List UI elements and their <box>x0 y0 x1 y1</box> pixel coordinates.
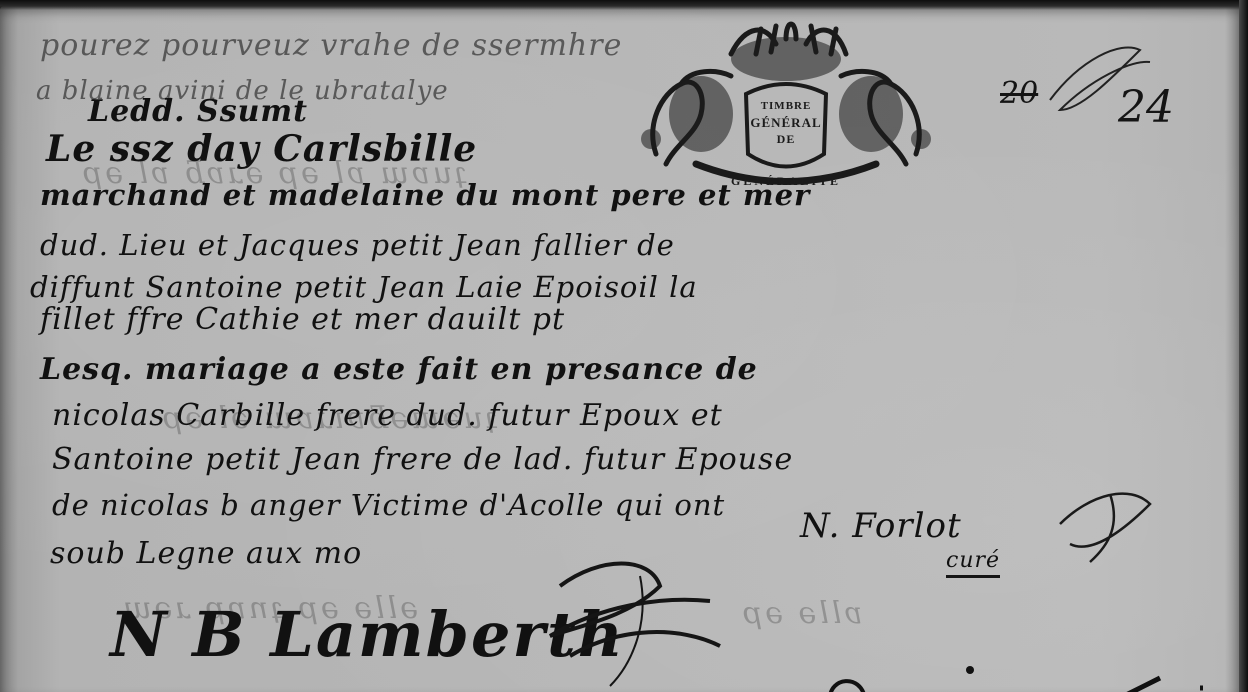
text-line-6: fillet ffre Cathie et mer dauilt pt <box>40 302 565 337</box>
text-line-11: soub Legne aux mo <box>50 536 362 571</box>
faint-header-line-1: pourez pourveuz vrahe de ssermhre <box>40 28 622 63</box>
text-line-9: Santoine petit Jean frere de lad. futur … <box>52 442 793 477</box>
folio-number: 24 <box>1118 82 1174 133</box>
cut-off-strokes-icon <box>820 658 1220 692</box>
scan-border-top <box>0 0 1248 10</box>
text-line-3: marchand et madelaine du mont pere et me… <box>40 178 810 212</box>
tax-stamp: TIMBRE GÉNÉRAL DE GÉNÉRALITÉ <box>636 14 936 199</box>
signature-flourish-icon <box>540 546 780 692</box>
stamp-text-line-1: TIMBRE <box>636 100 936 112</box>
struck-folio-number: 20 <box>1000 76 1038 111</box>
signature-right-name: N. Forlot <box>800 506 962 546</box>
text-line-8: nicolas Carbille frere dud. futur Epoux … <box>52 398 723 433</box>
paraph-flourish-icon <box>1050 484 1170 564</box>
text-line-7: Lesq. mariage a este fait en presance de <box>40 352 758 387</box>
stamp-text-line-2: GÉNÉRAL <box>636 115 936 131</box>
stamp-text-line-3: DE <box>636 132 936 147</box>
text-line-4: dud. Lieu et Jacques petit Jean fallier … <box>40 228 675 262</box>
manuscript-page: ʇuɐɯ ɐl ǝp ǝɹɐƃ ɐl ǝp ʇuǝɯǝƃɐıɹɐɯ ǝl ǝp … <box>0 6 1240 692</box>
text-line-10: de nicolas b anger Victime d'Acolle qui … <box>52 488 725 522</box>
signature-right-title: curé <box>946 548 1000 578</box>
text-line-1: Ledd. Ssumt <box>88 94 308 129</box>
text-line-2: Le ssz day Carlsbille <box>46 128 477 170</box>
scan-border-right <box>1239 0 1248 692</box>
text-line-5: diffunt Santoine petit Jean Laie Epoisoi… <box>30 270 698 304</box>
